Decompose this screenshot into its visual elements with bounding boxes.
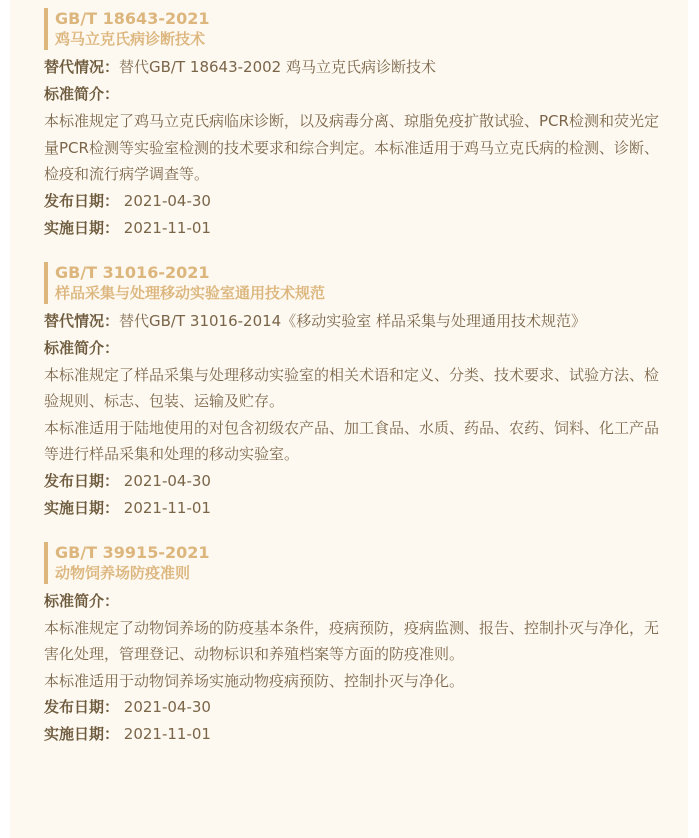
standard-header: GB/T 31016-2021 样品采集与处理移动实验室通用技术规范	[44, 262, 669, 304]
intro-paragraph: 本标准适用于动物饲养场实施动物疫病预防、控制扑灭与净化。	[44, 668, 669, 695]
publish-date: 2021-04-30	[124, 192, 211, 210]
effective-row: 实施日期： 2021-11-01	[44, 215, 669, 242]
intro-label: 标准简介：	[44, 588, 669, 615]
replace-value: 替代GB/T 18643-2002 鸡马立克氏病诊断技术	[119, 58, 436, 76]
standard-name: 鸡马立克氏病诊断技术	[55, 29, 669, 50]
effective-row: 实施日期： 2021-11-01	[44, 495, 669, 522]
standard-header: GB/T 39915-2021 动物饲养场防疫准则	[44, 542, 669, 584]
replace-label: 替代情况：	[44, 58, 119, 76]
standard-name: 样品采集与处理移动实验室通用技术规范	[55, 283, 669, 304]
standard-code: GB/T 18643-2021	[55, 8, 669, 29]
replace-value: 替代GB/T 31016-2014《移动实验室 样品采集与处理通用技术规范》	[119, 312, 586, 330]
publish-row: 发布日期： 2021-04-30	[44, 468, 669, 495]
publish-row: 发布日期： 2021-04-30	[44, 694, 669, 721]
standard-header: GB/T 18643-2021 鸡马立克氏病诊断技术	[44, 8, 669, 50]
standard-code: GB/T 31016-2021	[55, 262, 669, 283]
intro-paragraph: 本标准规定了动物饲养场的防疫基本条件，疫病预防，疫病监测、报告、控制扑灭与净化，…	[44, 615, 669, 668]
replace-label: 替代情况：	[44, 312, 119, 330]
effective-label: 实施日期：	[44, 219, 119, 237]
effective-label: 实施日期：	[44, 499, 119, 517]
standard-code: GB/T 39915-2021	[55, 542, 669, 563]
effective-date: 2021-11-01	[124, 219, 211, 237]
intro-paragraph: 本标准规定了样品采集与处理移动实验室的相关术语和定义、分类、技术要求、试验方法、…	[44, 362, 669, 415]
intro-label: 标准简介：	[44, 335, 669, 362]
publish-label: 发布日期：	[44, 698, 119, 716]
effective-date: 2021-11-01	[124, 499, 211, 517]
replace-row: 替代情况：替代GB/T 31016-2014《移动实验室 样品采集与处理通用技术…	[44, 308, 669, 335]
intro-label: 标准简介：	[44, 81, 669, 108]
intro-paragraph: 本标准规定了鸡马立克氏病临床诊断，以及病毒分离、琼脂免疫扩散试验、PCR检测和荧…	[44, 108, 669, 188]
publish-date: 2021-04-30	[124, 472, 211, 490]
standard-name: 动物饲养场防疫准则	[55, 563, 669, 584]
standard-item: GB/T 18643-2021 鸡马立克氏病诊断技术 替代情况：替代GB/T 1…	[44, 8, 669, 242]
standards-list: GB/T 18643-2021 鸡马立克氏病诊断技术 替代情况：替代GB/T 1…	[44, 8, 669, 768]
publish-date: 2021-04-30	[124, 698, 211, 716]
effective-date: 2021-11-01	[124, 725, 211, 743]
intro-paragraph: 本标准适用于陆地使用的对包含初级农产品、加工食品、水质、药品、农药、饲料、化工产…	[44, 415, 669, 468]
effective-row: 实施日期： 2021-11-01	[44, 721, 669, 748]
publish-label: 发布日期：	[44, 192, 119, 210]
replace-row: 替代情况：替代GB/T 18643-2002 鸡马立克氏病诊断技术	[44, 54, 669, 81]
publish-label: 发布日期：	[44, 472, 119, 490]
publish-row: 发布日期： 2021-04-30	[44, 188, 669, 215]
content-card: GB/T 18643-2021 鸡马立克氏病诊断技术 替代情况：替代GB/T 1…	[10, 0, 688, 838]
standard-item: GB/T 39915-2021 动物饲养场防疫准则 标准简介： 本标准规定了动物…	[44, 542, 669, 749]
effective-label: 实施日期：	[44, 725, 119, 743]
standard-item: GB/T 31016-2021 样品采集与处理移动实验室通用技术规范 替代情况：…	[44, 262, 669, 522]
